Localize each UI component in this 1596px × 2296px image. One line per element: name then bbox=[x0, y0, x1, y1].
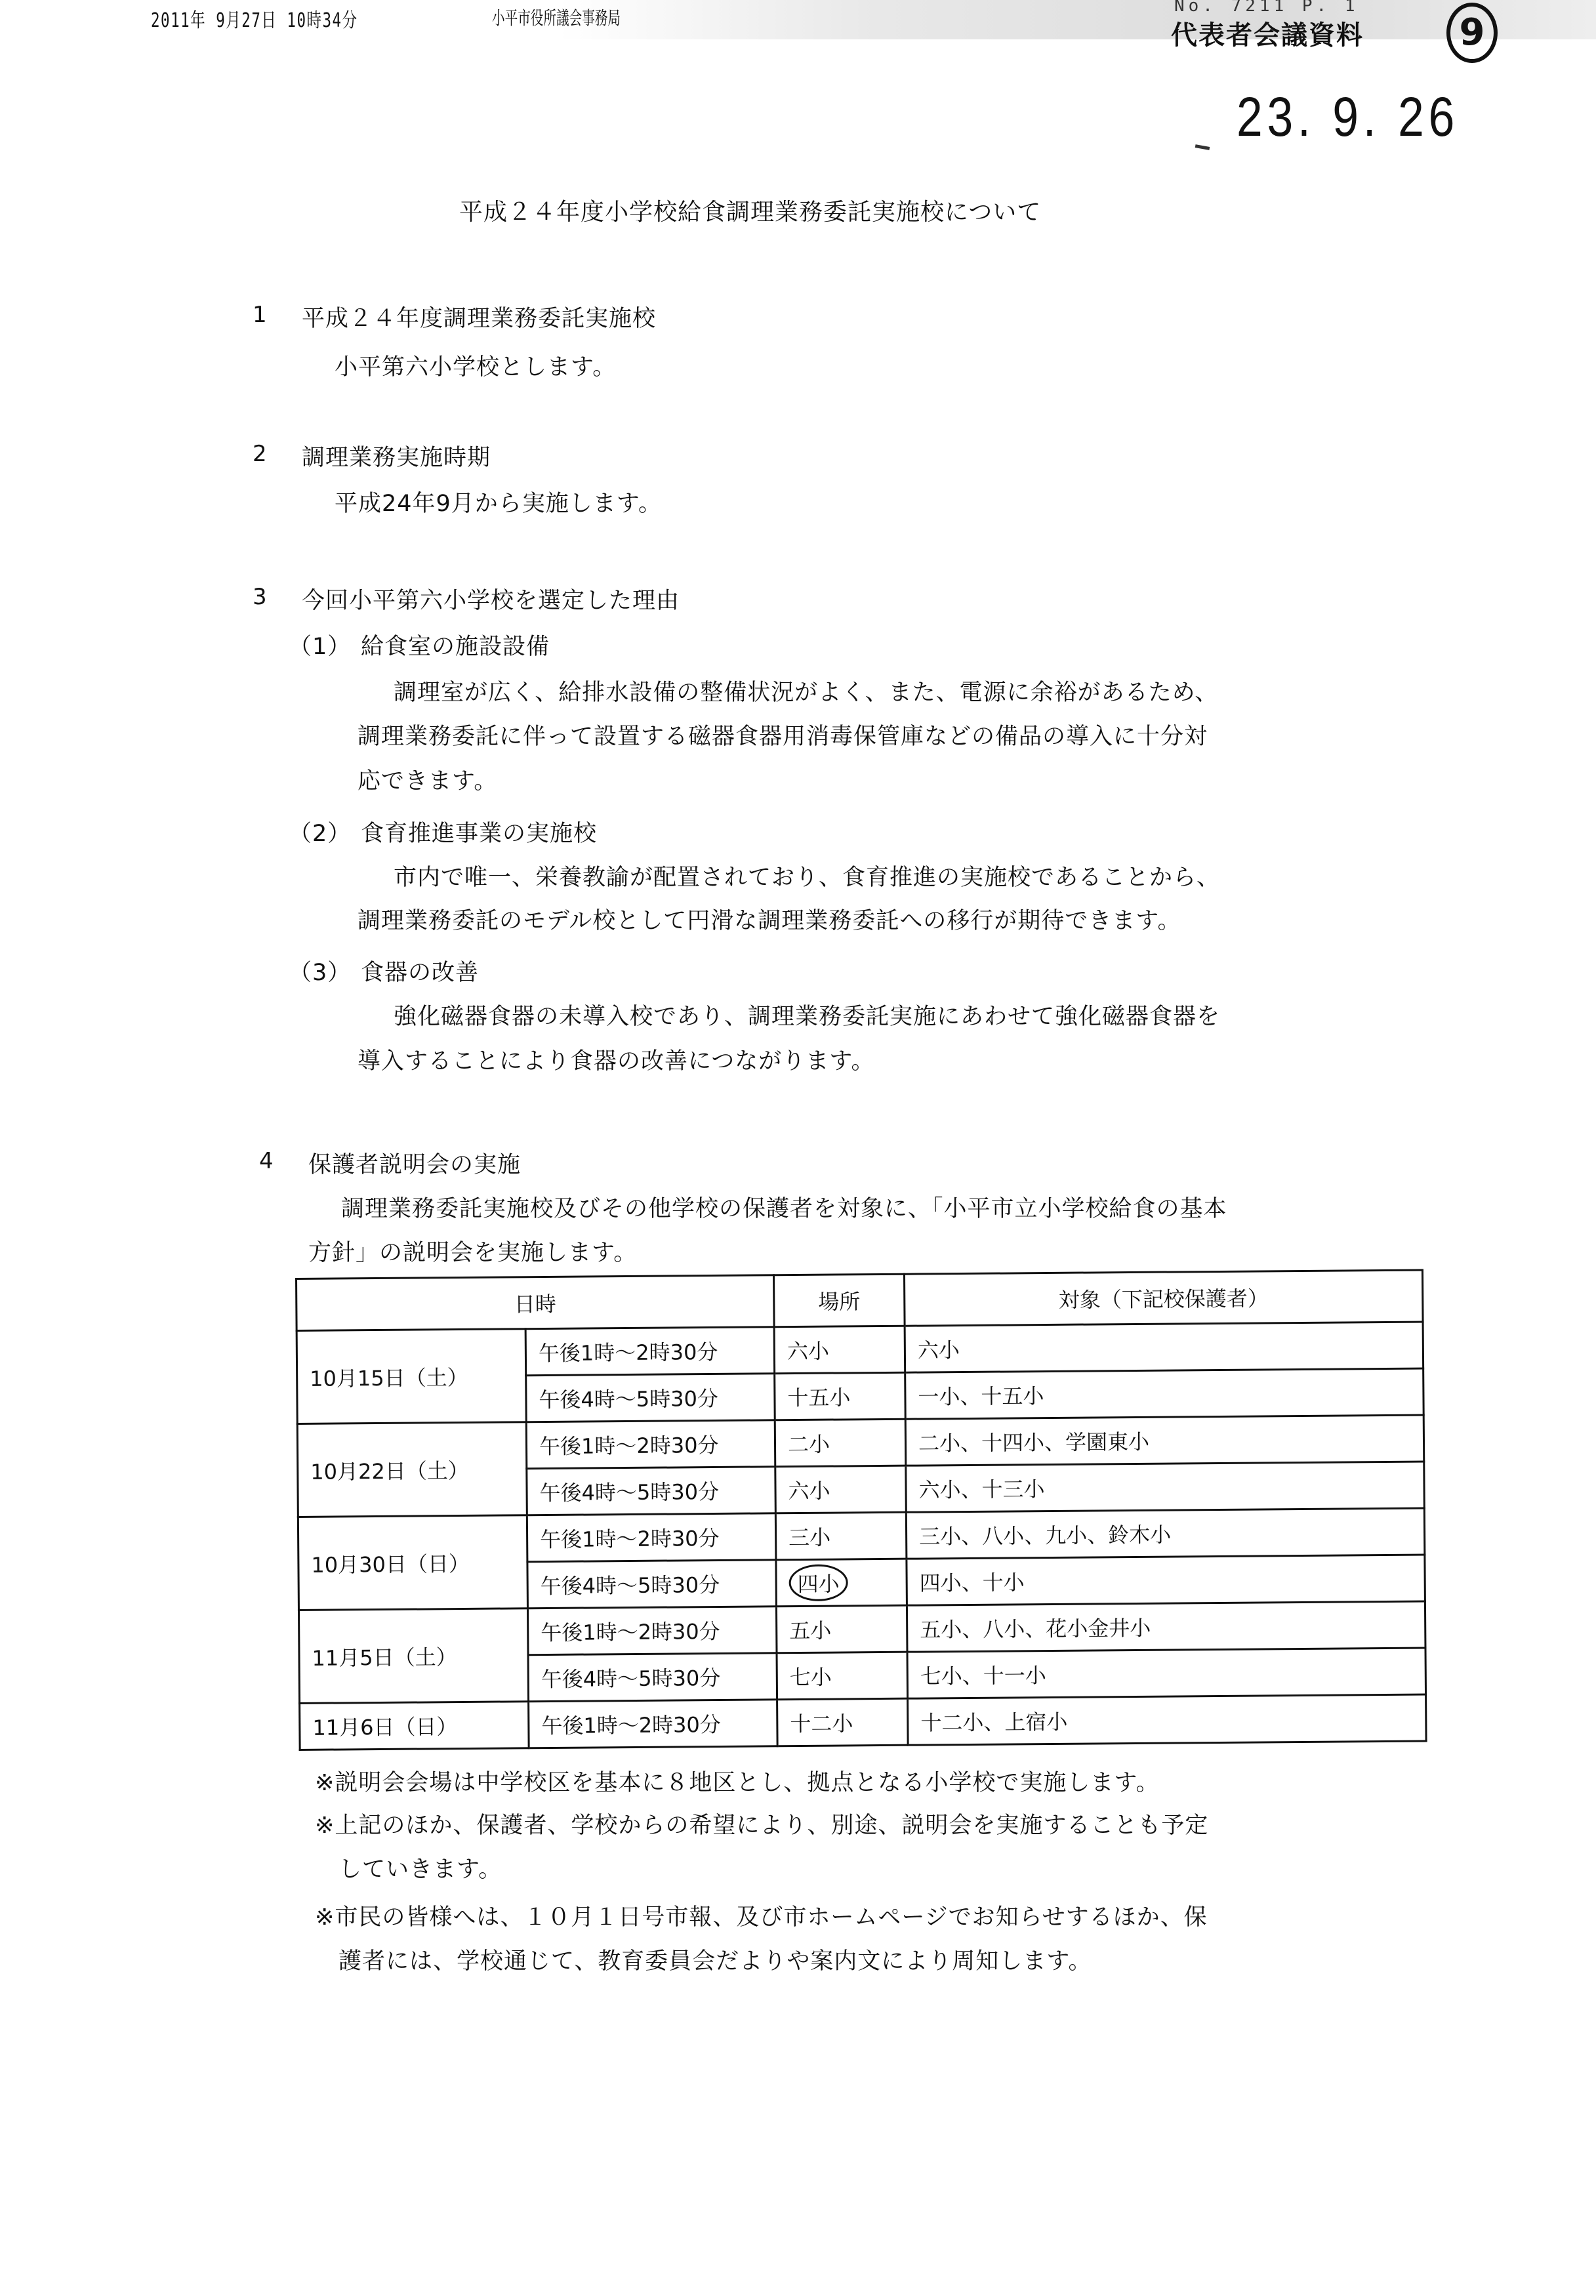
subsection-2-body-line: 調理業務委託のモデル校として円滑な調理業務委託への移行が期待できます。 bbox=[358, 903, 1181, 935]
target-cell: 二小、十四小、学園東小 bbox=[905, 1415, 1424, 1466]
subsection-1-body-line: 調理業務委託に伴って設置する磁器食器用消毒保管庫などの備品の導入に十分対 bbox=[358, 718, 1208, 751]
place-cell: 三小 bbox=[775, 1512, 907, 1560]
scanned-document-page: 2011年 9月27日 10時34分 小平市役所議会事務局 No. 7211 P… bbox=[0, 0, 1596, 2296]
subsection-1-label: （1） bbox=[289, 628, 351, 661]
section-3-number: 3 bbox=[253, 584, 267, 610]
section-4-body-line: 方針」の説明会を実施します。 bbox=[308, 1235, 637, 1267]
header-place: 場所 bbox=[773, 1274, 905, 1327]
target-cell: 四小、十小 bbox=[907, 1555, 1425, 1605]
subsection-2-heading: 食育推進事業の実施校 bbox=[361, 815, 597, 848]
subsection-3-body-line: 強化磁器食器の未導入校であり、調理業務委託実施にあわせて強化磁器食器を bbox=[394, 998, 1220, 1031]
fax-timestamp: 2011年 9月27日 10時34分 bbox=[151, 4, 358, 33]
date-cell: 10月30日（日） bbox=[298, 1515, 527, 1610]
date-cell: 10月22日（土） bbox=[297, 1422, 527, 1517]
section-4-body-line: 調理業務委託実施校及びその他学校の保護者を対象に、「小平市立小学校給食の基本 bbox=[341, 1191, 1227, 1223]
time-cell: 午後1時〜2時30分 bbox=[526, 1420, 775, 1469]
subsection-1-body-line: 応できます。 bbox=[358, 763, 497, 796]
note-line: 護者には、学校通じて、教育委員会だよりや案内文により周知します。 bbox=[315, 1943, 1092, 1976]
time-cell: 午後4時〜5時30分 bbox=[527, 1467, 776, 1515]
subsection-1-body-line: 調理室が広く、給排水設備の整備状況がよく、また、電源に余裕があるため、 bbox=[394, 674, 1218, 707]
time-cell: 午後4時〜5時30分 bbox=[526, 1374, 775, 1422]
time-cell: 午後1時〜2時30分 bbox=[525, 1327, 775, 1376]
place-cell: 五小 bbox=[776, 1605, 907, 1653]
target-cell: 六小、十三小 bbox=[906, 1462, 1425, 1512]
document-number-badge: 9 bbox=[1446, 3, 1498, 63]
subsection-1-heading: 給食室の施設設備 bbox=[361, 628, 550, 661]
place-cell: 七小 bbox=[777, 1652, 908, 1700]
date-cell: 10月15日（土） bbox=[297, 1329, 526, 1424]
subsection-3-body-line: 導入することにより食器の改善につながります。 bbox=[358, 1043, 875, 1076]
note-line: ※上記のほか、保護者、学校からの希望により、別途、説明会を実施することも予定 bbox=[315, 1807, 1208, 1840]
time-cell: 午後1時〜2時30分 bbox=[527, 1607, 777, 1655]
section-1-heading: 平成２４年度調理業務委託実施校 bbox=[302, 300, 656, 333]
section-1-number: 1 bbox=[253, 302, 267, 328]
time-cell: 午後1時〜2時30分 bbox=[529, 1700, 778, 1748]
target-cell: 七小、十一小 bbox=[907, 1648, 1426, 1698]
target-cell: 一小、十五小 bbox=[905, 1368, 1424, 1419]
fax-sender: 小平市役所議会事務局 bbox=[492, 4, 621, 30]
section-4-number: 4 bbox=[259, 1148, 274, 1174]
subsection-2-body-line: 市内で唯一、栄養教諭が配置されており、食育推進の実施校であることから、 bbox=[394, 859, 1220, 892]
note-line: ※説明会会場は中学校区を基本に８地区とし、拠点となる小学校で実施します。 bbox=[315, 1765, 1160, 1797]
document-title: 平成２４年度小学校給食調理業務委託実施校について bbox=[459, 194, 1041, 227]
section-2-body: 平成24年9月から実施します。 bbox=[335, 485, 662, 518]
section-4-heading: 保護者説明会の実施 bbox=[308, 1147, 521, 1179]
subsection-3-label: （3） bbox=[289, 954, 351, 987]
time-cell: 午後4時〜5時30分 bbox=[528, 1653, 777, 1702]
target-cell: 三小、八小、九小、鈴木小 bbox=[906, 1508, 1425, 1559]
date-stamp: 23. 9. 26 bbox=[1237, 85, 1459, 149]
table-row: 11月5日（土） 午後1時〜2時30分 五小 五小、八小、花小金井小 bbox=[298, 1601, 1425, 1656]
place-cell: 十二小 bbox=[777, 1698, 909, 1746]
target-cell: 五小、八小、花小金井小 bbox=[907, 1601, 1425, 1652]
section-1-body: 小平第六小学校とします。 bbox=[335, 349, 616, 382]
place-cell: 二小 bbox=[775, 1419, 906, 1467]
handwritten-circle-mark: 四小 bbox=[788, 1564, 848, 1601]
meeting-document-label: 代表者会議資料 bbox=[1171, 14, 1364, 52]
place-cell: 十五小 bbox=[775, 1372, 906, 1420]
section-2-number: 2 bbox=[253, 441, 267, 467]
subsection-2-label: （2） bbox=[289, 815, 351, 848]
time-cell: 午後4時〜5時30分 bbox=[527, 1560, 777, 1609]
table-header-row: 日時 場所 対象（下記校保護者） bbox=[297, 1270, 1423, 1330]
dash-mark bbox=[1195, 144, 1210, 150]
header-datetime: 日時 bbox=[297, 1275, 775, 1331]
fax-page-number: No. 7211 P. 1 bbox=[1174, 0, 1359, 16]
place-cell-circled: 四小 bbox=[776, 1559, 907, 1607]
time-cell: 午後1時〜2時30分 bbox=[527, 1513, 776, 1562]
note-line: していきます。 bbox=[315, 1851, 502, 1884]
table-row: 10月30日（日） 午後1時〜2時30分 三小 三小、八小、九小、鈴木小 bbox=[298, 1508, 1425, 1563]
section-3-heading: 今回小平第六小学校を選定した理由 bbox=[302, 583, 680, 615]
place-cell: 六小 bbox=[775, 1466, 907, 1513]
date-cell: 11月6日（日） bbox=[300, 1702, 529, 1750]
table-row: 10月22日（土） 午後1時〜2時30分 二小 二小、十四小、学園東小 bbox=[297, 1415, 1424, 1470]
place-cell: 六小 bbox=[774, 1326, 905, 1374]
note-line: ※市民の皆様へは、１０月１日号市報、及び市ホームページでお知らせするほか、保 bbox=[315, 1899, 1208, 1932]
header-target: 対象（下記校保護者） bbox=[904, 1270, 1423, 1326]
section-2-heading: 調理業務実施時期 bbox=[302, 440, 491, 472]
target-cell: 十二小、上宿小 bbox=[908, 1694, 1427, 1745]
briefing-schedule-table: 日時 場所 対象（下記校保護者） 10月15日（土） 午後1時〜2時30分 六小… bbox=[295, 1269, 1427, 1750]
table-row: 10月15日（土） 午後1時〜2時30分 六小 六小 bbox=[297, 1322, 1423, 1377]
date-cell: 11月5日（土） bbox=[298, 1609, 528, 1704]
target-cell: 六小 bbox=[905, 1322, 1423, 1372]
table-row: 11月6日（日） 午後1時〜2時30分 十二小 十二小、上宿小 bbox=[300, 1694, 1427, 1750]
subsection-3-heading: 食器の改善 bbox=[361, 954, 479, 987]
